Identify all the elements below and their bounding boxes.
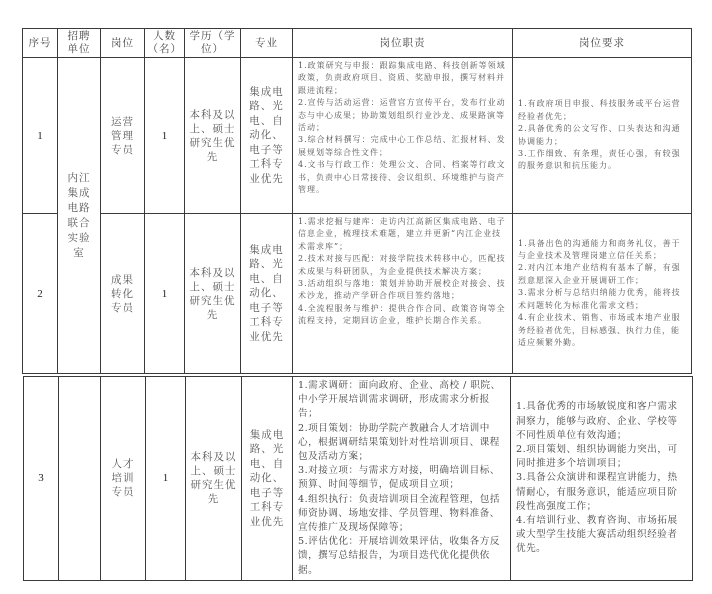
- duty-item: 2.技术对接与匹配：对接学院技术转移中心，匹配技术成果与科研团队，为企业提供技术…: [298, 253, 508, 278]
- education-text: 本科及以上、硕士研究生优先: [191, 450, 237, 506]
- row-requirements: 1.具备出色的沟通能力和商务礼仪，善于与企业技术及管理岗建立信任关系； 2.对内…: [513, 214, 692, 374]
- requirement-item: 3.需求分析与总结归纳能力优秀，能将技术问题转化为标准化需求文档；: [518, 287, 686, 312]
- requirement-item: 3.具备公众演讲和课程宣讲能力，热情耐心，有服务意识，能适应项目阶段性高强度工作…: [516, 471, 687, 514]
- duty-item: 1.需求调研：面向政府、企业、高校 / 职院、中小学开展培训需求调研，形成需求分…: [298, 379, 506, 422]
- requirement-item: 2.对内江本地产业结构有基本了解，有强烈意愿深入企业开展调研工作；: [518, 262, 686, 287]
- requirement-item: 1.具备出色的沟通能力和商务礼仪，善于与企业技术及管理岗建立信任关系；: [518, 238, 686, 263]
- header-major: 专业: [241, 29, 293, 58]
- header-unit: 招聘单位: [58, 29, 101, 58]
- row-seq: 3: [24, 377, 59, 581]
- recruitment-table-part-1: 序号 招聘单位 岗位 人数（名） 学历（学位） 专业 岗位职责 岗位要求 1 内…: [22, 28, 692, 374]
- duty-item: 4.组织执行：负责培训项目全流程管理，包括师资协调、场地安排、学员管理、物料准备…: [298, 493, 506, 536]
- table-row: 3 人才培训专员 1 本科及以上、硕士研究生优先 集成电路、光电、自动化、电子等…: [24, 377, 693, 581]
- row-education: 本科及以上、硕士研究生优先: [185, 58, 241, 214]
- header-unit-label: 招聘单位: [66, 30, 92, 56]
- duty-item: 3.综合材料撰写：完成中心工作总结、汇报材料、发展规划等综合性文件；: [298, 134, 508, 159]
- header-duty: 岗位职责: [293, 29, 513, 58]
- row-education: 本科及以上、硕士研究生优先: [186, 377, 242, 581]
- row-post: 运营管理专员: [101, 58, 145, 214]
- table-header-row: 序号 招聘单位 岗位 人数（名） 学历（学位） 专业 岗位职责 岗位要求: [23, 29, 692, 58]
- requirement-item: 4.有企业技术、销售、市场或本地产业服务经验者优先，目标感强、执行力佳，能适应频…: [518, 312, 686, 349]
- header-seq: 序号: [23, 29, 58, 58]
- duty-item: 5.评估优化：开展培训效果评估，收集各方反馈，撰写总结报告，为项目迭代优化提供依…: [298, 535, 506, 578]
- requirement-item: 4.有培训行业、教育咨询、市场拓展或大型学生技能大赛活动组织经验者优先。: [516, 514, 687, 557]
- row-count: 1: [146, 377, 186, 581]
- post-title: 成果转化专员: [106, 273, 140, 315]
- row-seq: 1: [23, 58, 58, 214]
- header-count: 人数（名）: [145, 29, 185, 58]
- duty-item: 3.对接立项：与需求方对接，明确培训目标、预算、时间等细节，促成项目立项；: [298, 464, 506, 492]
- recruiting-unit-cell-empty: [59, 377, 101, 581]
- recruiting-unit: 内江集成电路联合实验室: [66, 171, 92, 261]
- recruitment-table-part-2: 3 人才培训专员 1 本科及以上、硕士研究生优先 集成电路、光电、自动化、电子等…: [23, 376, 693, 581]
- row-seq: 2: [23, 214, 58, 374]
- row-major: 集成电路、光电、自动化、电子等工科专业优先: [242, 377, 293, 581]
- post-title: 人才培训专员: [106, 457, 140, 499]
- header-count-label: 人数（名）: [148, 30, 182, 56]
- duty-item: 2.项目策划：协助学院产教融合人才培训中心，根据调研结果策划针对性培训项目、课程…: [298, 422, 506, 465]
- recruiting-unit-cell: 内江集成电路联合实验室: [58, 58, 101, 374]
- requirement-item: 1.有政府项目申报、科技服务或平台运营经验者优先；: [518, 98, 686, 123]
- row-post: 成果转化专员: [101, 214, 145, 374]
- row-duties: 1.需求调研：面向政府、企业、高校 / 职院、中小学开展培训需求调研，形成需求分…: [293, 377, 511, 581]
- major-text: 集成电路、光电、自动化、电子等工科专业优先: [245, 85, 289, 187]
- post-title: 运营管理专员: [106, 115, 140, 157]
- duty-item: 2.宣传与活动运营：运营官方宣传平台，发布行业动态与中心成果；协助策划组织行业沙…: [298, 97, 508, 134]
- header-education-label: 学历（学位）: [189, 30, 237, 56]
- requirement-item: 1.具备优秀的市场敏锐度和客户需求洞察力，能够与政府、企业、学校等不同性质单位有…: [516, 400, 687, 443]
- row-major: 集成电路、光电、自动化、电子等工科专业优先: [241, 58, 293, 214]
- requirement-item: 3.工作细致、有条理，责任心强，有较强的服务意识和抗压能力。: [518, 148, 686, 173]
- major-text: 集成电路、光电、自动化、电子等工科专业优先: [245, 243, 289, 345]
- duty-item: 4.全流程服务与维护：提供合作合同、政策咨询等全流程支持，定期回访企业，维护长期…: [298, 303, 508, 328]
- education-text: 本科及以上、硕士研究生优先: [190, 108, 236, 164]
- row-count: 1: [145, 58, 185, 214]
- table-row: 1 内江集成电路联合实验室 运营管理专员 1 本科及以上、硕士研究生优先 集成电…: [23, 58, 692, 214]
- table-row: 2 成果转化专员 1 本科及以上、硕士研究生优先 集成电路、光电、自动化、电子等…: [23, 214, 692, 374]
- requirement-item: 2.具备优秀的公文写作、口头表达和沟通协调能力；: [518, 123, 686, 148]
- row-post: 人才培训专员: [101, 377, 146, 581]
- header-education: 学历（学位）: [185, 29, 241, 58]
- header-post: 岗位: [101, 29, 145, 58]
- row-requirements: 1.有政府项目申报、科技服务或平台运营经验者优先； 2.具备优秀的公文写作、口头…: [513, 58, 692, 214]
- row-duties: 1.政策研究与申报：跟踪集成电路、科技创新等领域政策，负责政府项目、资质、奖励申…: [293, 58, 513, 214]
- duty-item: 4.文书与行政工作：处理公文、合同、档案等行政文书，负责中心日常接待、会议组织、…: [298, 159, 508, 196]
- duty-item: 1.需求挖掘与建库：走访内江高新区集成电路、电子信息企业，梳理技术难题，建立并更…: [298, 216, 508, 253]
- duty-item: 3.活动组织与落地：策划并协助开展校企对接会、技术沙龙，推动产学研合作项目签约落…: [298, 278, 508, 303]
- major-text: 集成电路、光电、自动化、电子等工科专业优先: [245, 428, 289, 530]
- row-count: 1: [145, 214, 185, 374]
- row-education: 本科及以上、硕士研究生优先: [185, 214, 241, 374]
- header-requirements: 岗位要求: [513, 29, 692, 58]
- row-duties: 1.需求挖掘与建库：走访内江高新区集成电路、电子信息企业，梳理技术难题，建立并更…: [293, 214, 513, 374]
- duty-item: 1.政策研究与申报：跟踪集成电路、科技创新等领域政策，负责政府项目、资质、奖励申…: [298, 60, 508, 97]
- requirement-item: 2.项目策划、组织协调能力突出，可同时推进多个培训项目；: [516, 443, 687, 471]
- education-text: 本科及以上、硕士研究生优先: [190, 266, 236, 322]
- row-major: 集成电路、光电、自动化、电子等工科专业优先: [241, 214, 293, 374]
- row-requirements: 1.具备优秀的市场敏锐度和客户需求洞察力，能够与政府、企业、学校等不同性质单位有…: [511, 377, 693, 581]
